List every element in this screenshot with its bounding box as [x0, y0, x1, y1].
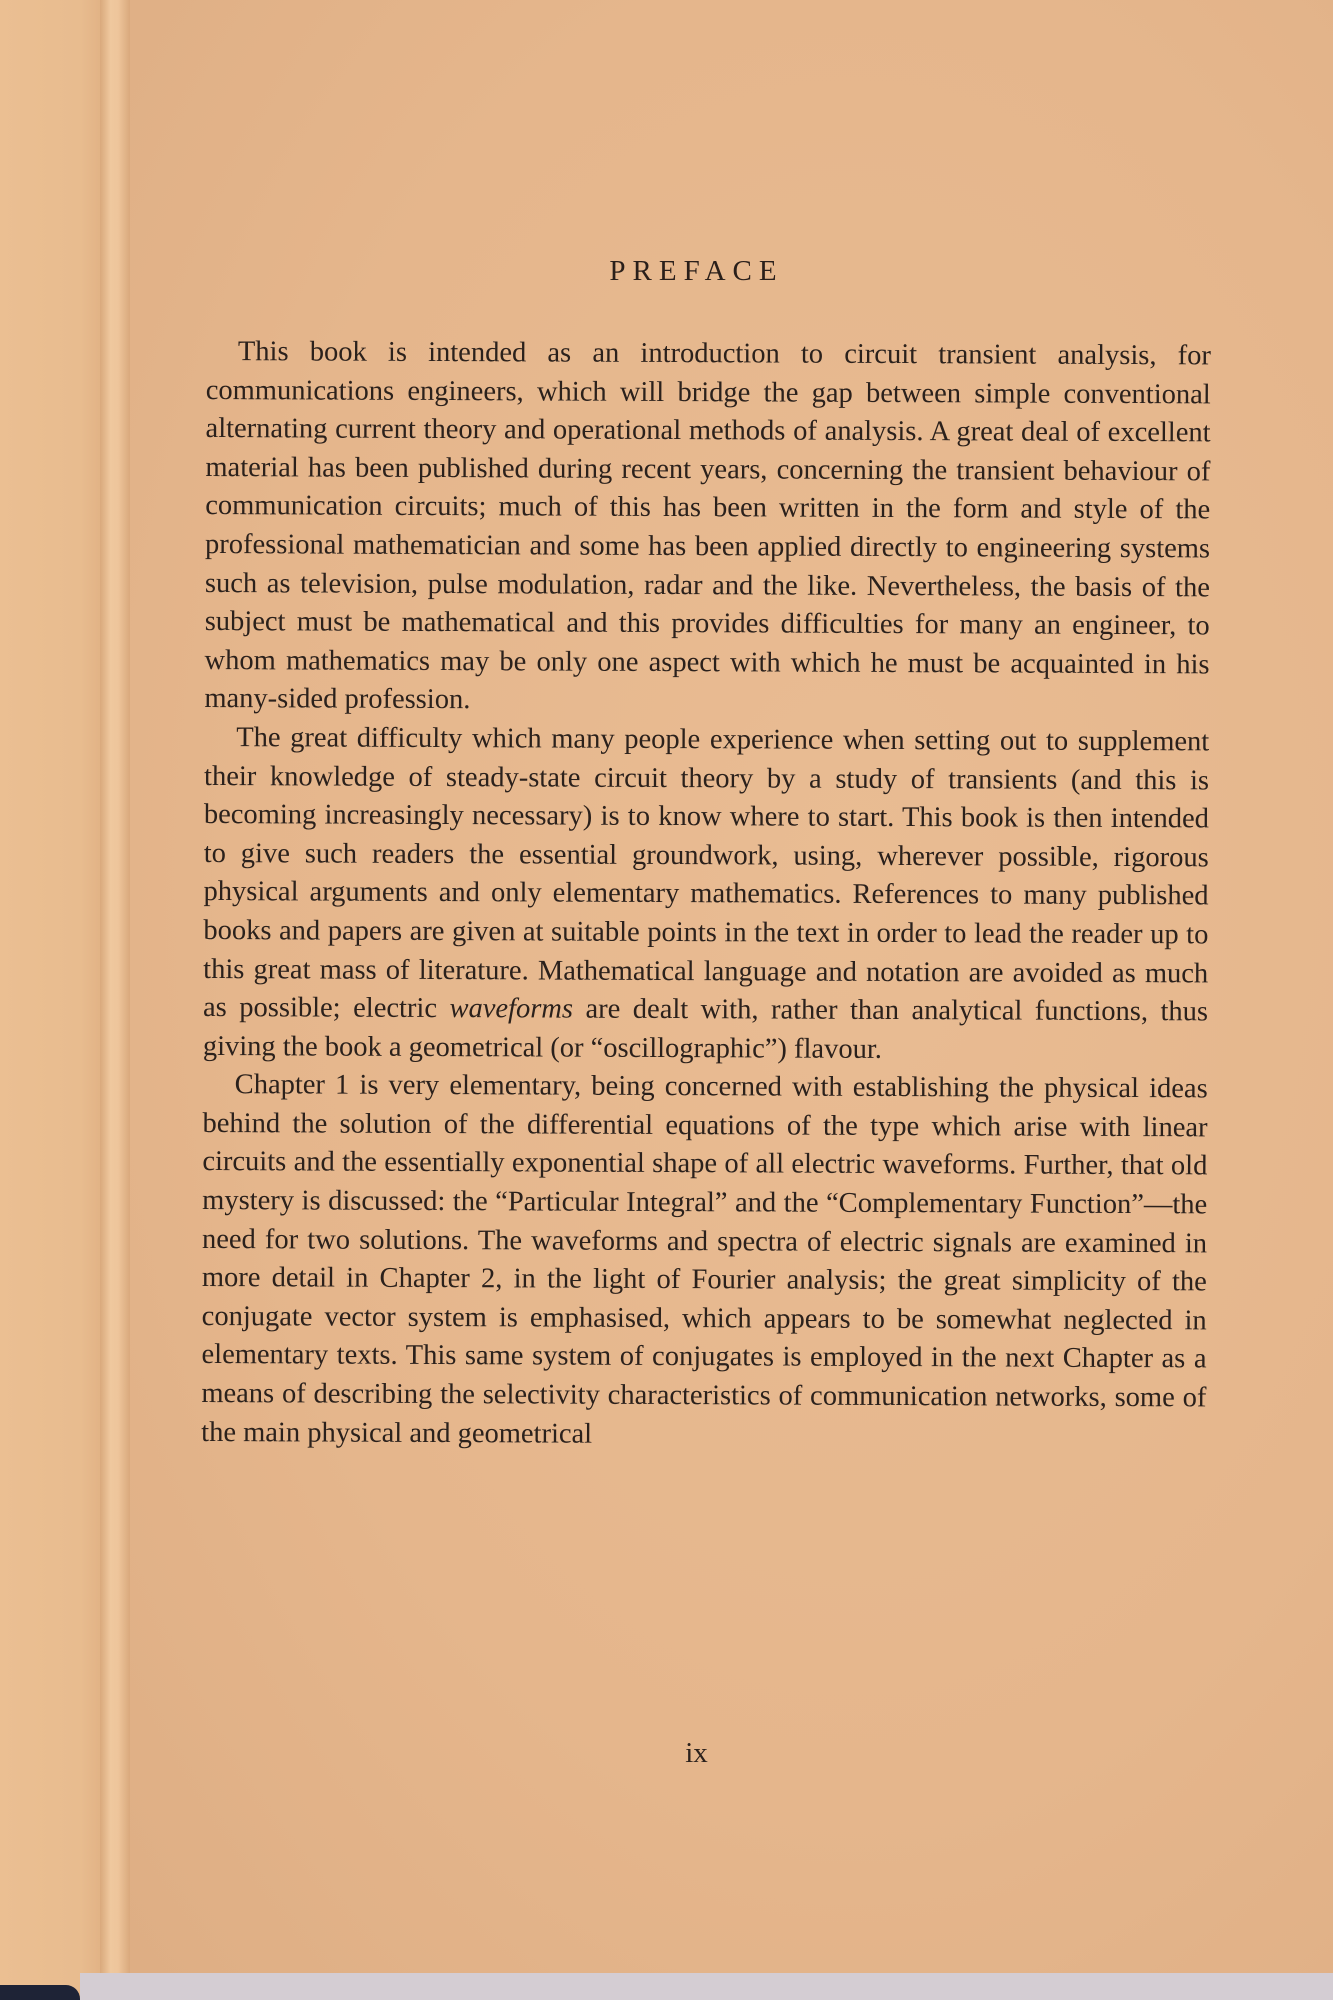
paragraph-1: This book is intended as an introduction… [204, 333, 1211, 723]
previous-page-edge [0, 0, 100, 1990]
page-number: ix [0, 1737, 1333, 1770]
paragraph-2-lead: electric [353, 993, 449, 1024]
page-heading: PREFACE [0, 255, 1333, 288]
paragraph-3: Chapter 1 is very elementary, being conc… [201, 1066, 1208, 1456]
paragraph-2-text: The great difficulty which many people e… [203, 722, 1209, 1024]
preface-body: This book is intended as an introduction… [201, 333, 1211, 1457]
background-surface [80, 1973, 1333, 2000]
paragraph-2: The great difficulty which many people e… [203, 719, 1210, 1071]
italic-term: waveforms [449, 993, 573, 1025]
page-gutter-fold [100, 0, 130, 1975]
book-cover-corner [0, 1985, 80, 2000]
